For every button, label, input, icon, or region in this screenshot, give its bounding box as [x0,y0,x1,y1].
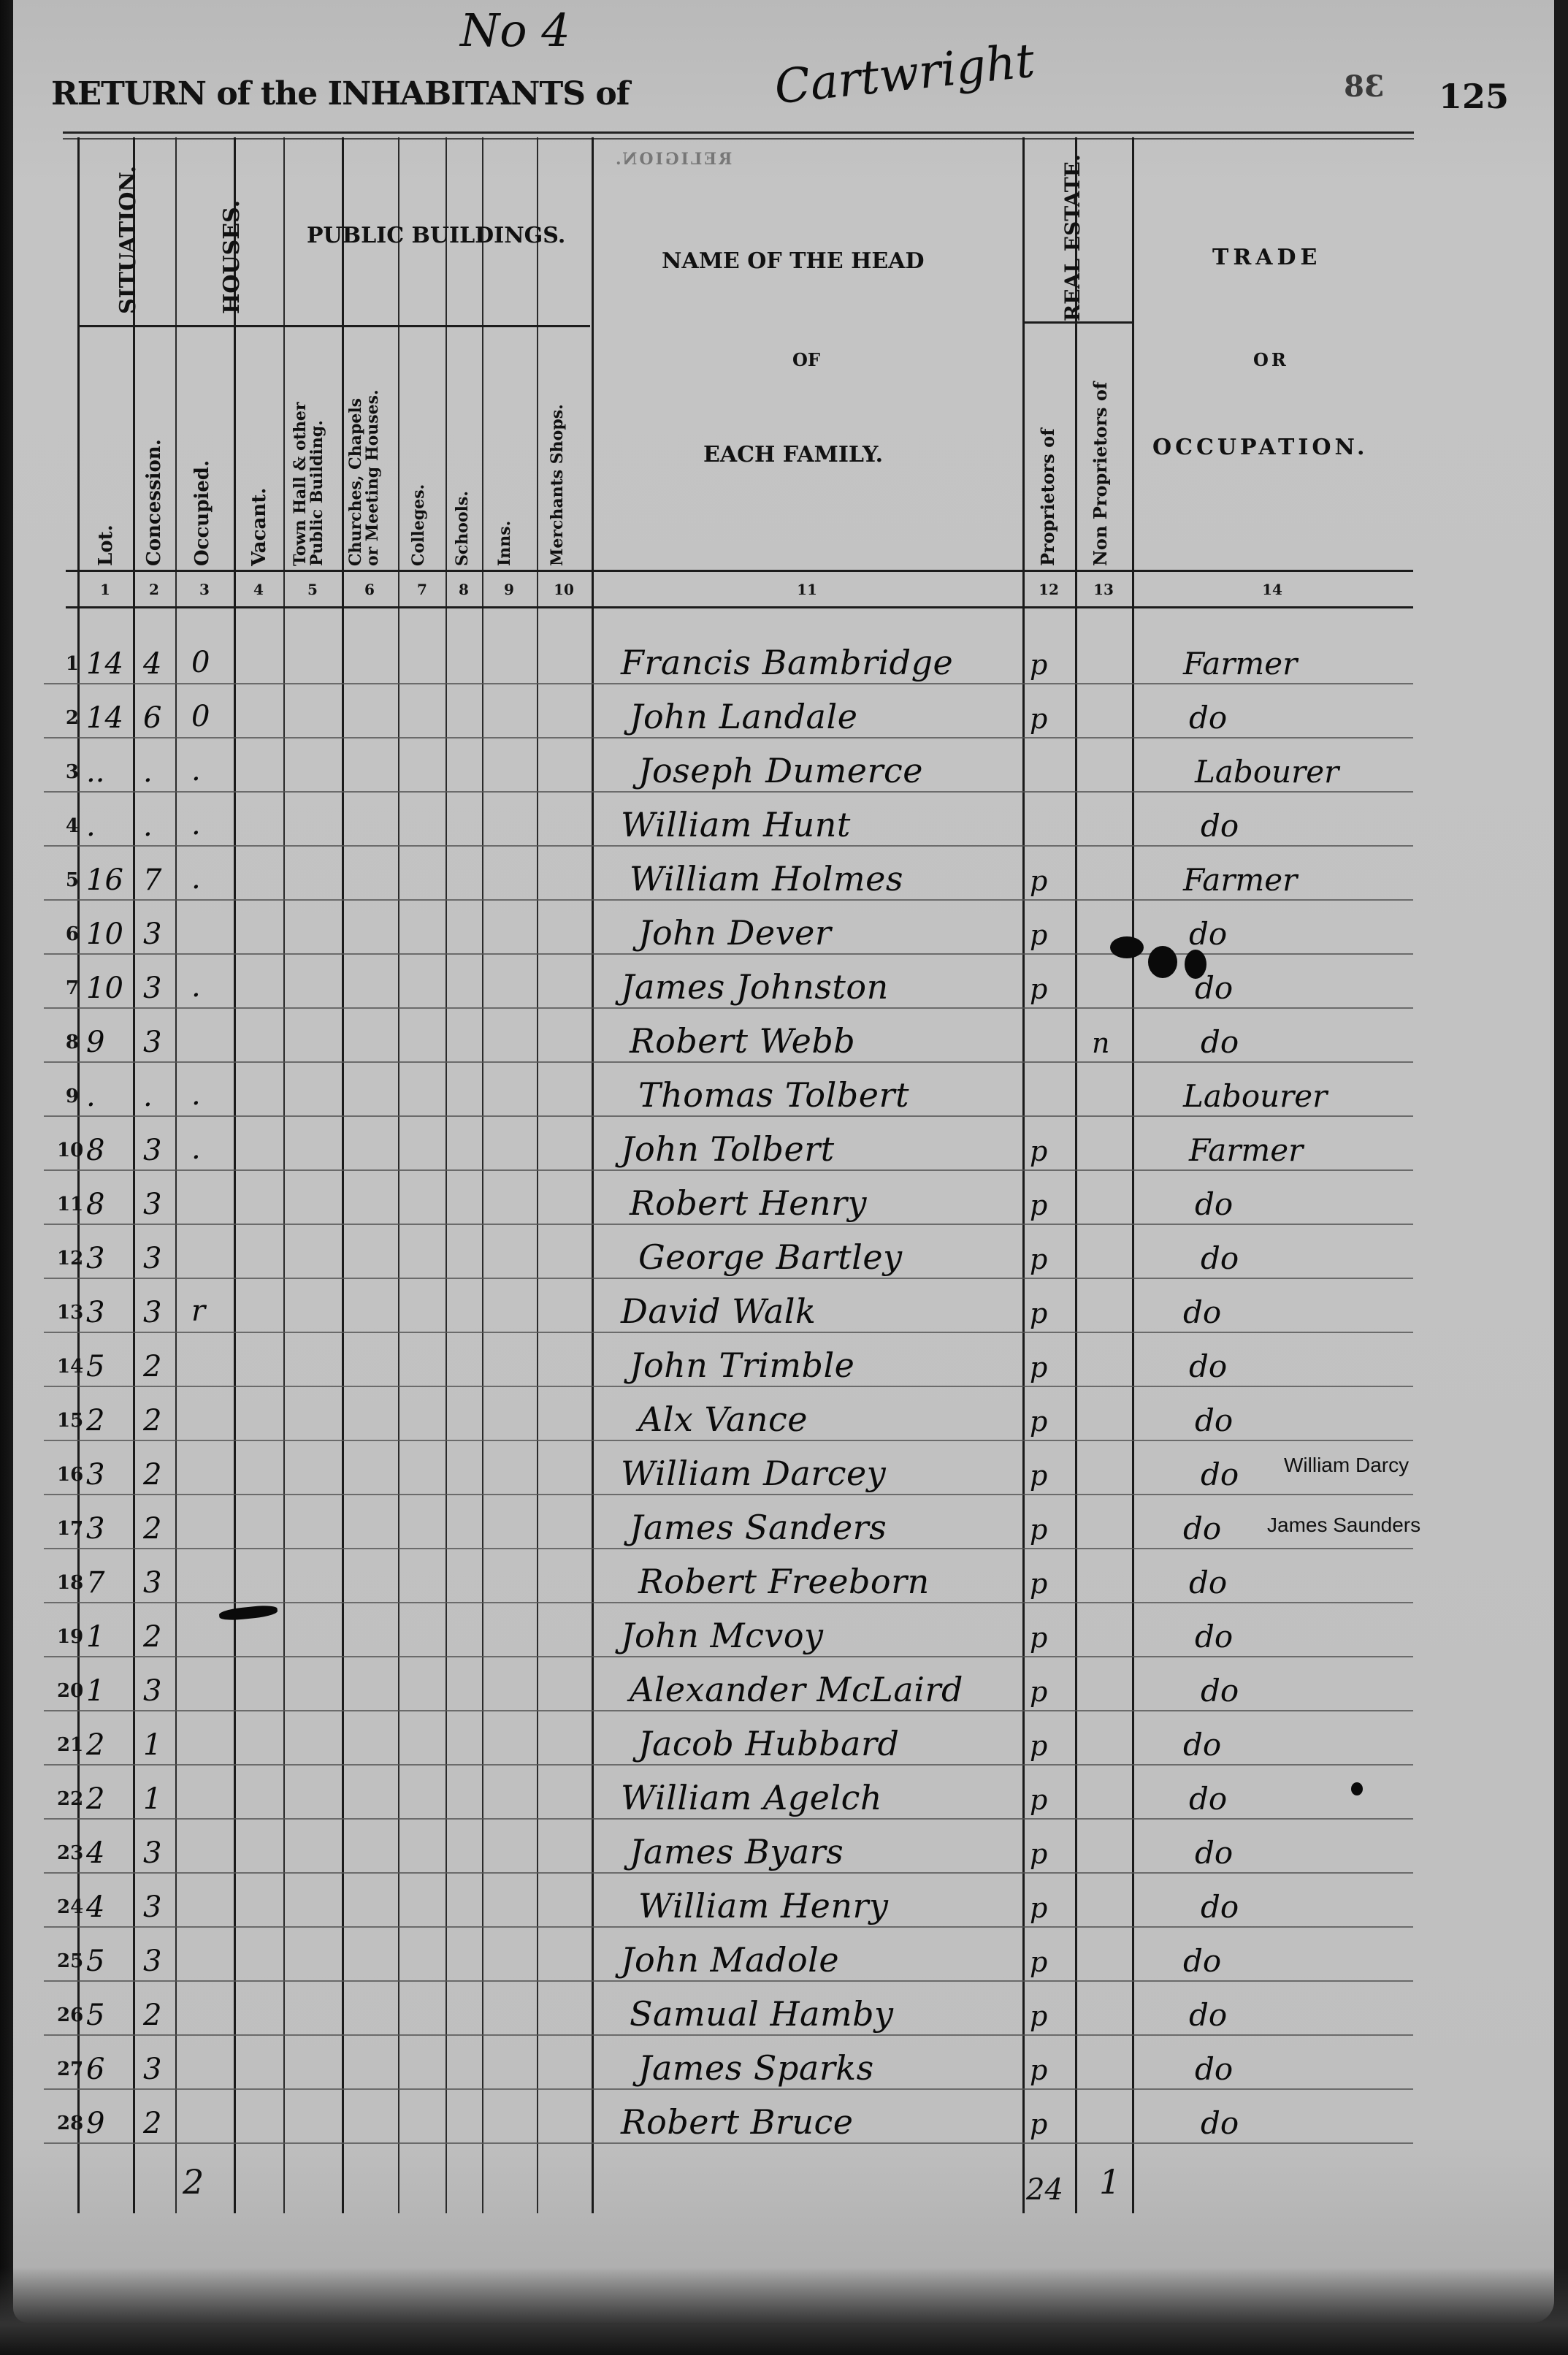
row-number: 17 [57,1518,79,1540]
concession-value: 2 [143,1512,161,1546]
annotation-william-darcy: William Darcy [1284,1454,1409,1477]
concession-value: 3 [143,1566,161,1600]
subheader-1: Lot. [95,524,117,566]
concession-value: 3 [143,1188,161,1221]
concession-value: 2 [143,1350,161,1383]
head-of-family-name: Jacob Hubbard [638,1724,899,1763]
subheader-6: Churches, Chapels or Meeting Houses. [348,376,381,566]
head-of-family-name: George Bartley [638,1237,903,1277]
column-number-13: 13 [1089,581,1118,598]
faded-page-number: 38 [1344,69,1385,104]
column-number-2: 2 [139,581,169,598]
subheader-5: Town Hall & other Public Building. [292,376,326,566]
proprietor-mark: p [1030,2108,1047,2140]
lot-value: 9 [86,1026,104,1059]
proprietor-mark: p [1030,1189,1047,1221]
subheader-13: Non Proprietors of [1090,382,1111,566]
concession-value: 2 [143,1999,161,2032]
proprietor-mark: p [1030,2000,1047,2032]
head-of-family-name: Robert Webb [630,1021,855,1061]
occupied-value: 0 [191,646,210,679]
row-number: 19 [57,1626,79,1648]
row-number: 14 [57,1356,79,1378]
head-of-family-name: William Henry [638,1886,888,1925]
concession-value: 3 [143,1674,161,1708]
column-number-14: 14 [1258,581,1287,598]
lot-value: . [86,809,96,843]
column-number-12: 12 [1034,581,1063,598]
concession-value: 3 [143,1944,161,1978]
concession-value: . [143,1080,153,1113]
title-row: No 4 RETURN of the INHABITANTS of Cartwr… [51,69,1439,121]
ink-dot [1351,1782,1363,1795]
row-number: 15 [57,1410,79,1432]
row-divider [66,570,1413,572]
occupation-value: do [1201,1889,1239,1925]
lot-value: 8 [86,1188,104,1221]
header-trade-line3: OCCUPATION. [1152,435,1369,460]
ink-blot [1148,946,1177,978]
row-number: 27 [57,2058,79,2080]
row-number: 11 [57,1194,79,1215]
row-number: 10 [57,1140,79,1161]
lot-value: 2 [86,1728,104,1762]
head-of-family-name: James Sanders [630,1508,887,1547]
header-trade-line1: TRADE [1212,245,1321,270]
proprietor-mark: p [1030,1892,1047,1924]
row-divider [66,606,1413,608]
head-of-family-name: James Johnston [621,967,889,1007]
head-of-family-name: John Mcvoy [621,1616,824,1655]
scan-bottom-edge-shadow [0,2267,1568,2355]
subheader-9: Inns. [495,521,514,566]
concession-value: . [143,755,153,789]
lot-value: .. [86,755,104,789]
head-of-family-name: James Sparks [638,2048,874,2088]
head-of-family-name: John Madole [621,1940,839,1980]
proprietor-mark: p [1030,1405,1047,1438]
row-number: 4 [57,815,79,837]
occupation-value: Farmer [1183,862,1297,898]
lot-value: 3 [86,1242,104,1275]
head-of-family-name: Robert Bruce [621,2102,854,2142]
occupation-value: do [1183,1294,1221,1330]
lot-value: 8 [86,1134,104,1167]
row-number: 23 [57,1842,79,1864]
concession-value: 3 [143,1296,161,1329]
lot-value: 2 [86,1782,104,1816]
row-number: 2 [57,707,79,729]
lot-value: 16 [86,863,123,897]
occupation-value: do [1189,1565,1227,1600]
header-situation: SITUATION. [115,166,141,314]
row-number: 28 [57,2112,79,2134]
proprietor-mark: p [1030,919,1047,951]
column-number-6: 6 [355,581,384,598]
proprietor-mark: p [1030,2054,1047,2086]
header-houses: HOUSES. [219,200,245,314]
concession-value: 3 [143,1026,161,1059]
column-number-8: 8 [449,581,478,598]
head-of-family-name: John Trimble [630,1346,854,1385]
header-name-line3: EACH FAMILY. [703,442,883,467]
concession-value: 3 [143,1242,161,1275]
total-proprietors: 24 [1026,2173,1063,2207]
head-of-family-name: James Byars [630,1832,844,1871]
occupation-value: do [1189,1781,1227,1817]
row-number: 12 [57,1248,79,1270]
lot-value: 14 [86,647,123,681]
annotation-james-saunders: James Saunders [1267,1514,1420,1537]
total-occupied: 2 [183,2162,204,2202]
occupied-value: . [191,862,201,896]
occupied-value: . [191,808,201,841]
header-religion-bleedthrough: RELIGION. [613,150,732,169]
row-divider [1022,321,1132,324]
concession-value: 1 [143,1728,161,1762]
row-number: 22 [57,1788,79,1810]
head-of-family-name: William Agelch [621,1778,882,1817]
subheader-2: Concession. [143,439,165,566]
row-number: 9 [57,1085,79,1107]
concession-value: 3 [143,972,161,1005]
head-of-family-name: Samual Hamby [630,1994,894,2034]
occupation-value: do [1183,1511,1221,1546]
non-proprietor-mark: n [1092,1027,1109,1059]
occupation-value: do [1189,700,1227,736]
proprietor-mark: p [1030,1351,1047,1383]
lot-value: . [86,1080,96,1113]
header-real-estate: REAL ESTATE. [1060,154,1085,321]
total-non-proprietors: 1 [1099,2162,1120,2202]
row-number: 13 [57,1302,79,1324]
header-top-rule [63,131,1414,140]
column-number-4: 4 [244,581,273,598]
occupied-value: . [191,1132,201,1166]
concession-value: 2 [143,1404,161,1438]
lot-value: 4 [86,1890,104,1924]
concession-value: 7 [143,863,161,897]
occupation-value: do [1189,1997,1227,2033]
lot-value: 2 [86,1404,104,1438]
concession-value: 2 [143,1458,161,1492]
occupied-value: . [191,970,201,1004]
head-of-family-name: Alx Vance [638,1400,808,1439]
occupation-value: Farmer [1183,646,1297,682]
occupation-value: do [1195,1186,1233,1222]
row-number: 3 [57,761,79,783]
page-number: 125 [1439,77,1509,116]
head-of-family-name: William Darcey [621,1454,886,1493]
proprietor-mark: p [1030,1622,1047,1654]
proprietor-mark: p [1030,1135,1047,1167]
row-number: 25 [57,1950,79,1972]
proprietor-mark: p [1030,973,1047,1005]
proprietor-mark: p [1030,703,1047,735]
lot-value: 5 [86,1350,104,1383]
column-number-10: 10 [549,581,578,598]
lot-value: 5 [86,1944,104,1978]
occupied-value: . [191,1078,201,1112]
proprietor-mark: p [1030,1243,1047,1275]
occupation-value: Farmer [1189,1132,1303,1168]
subheader-12: Proprietors of [1037,429,1058,566]
concession-value: 4 [143,647,161,681]
row-divider [77,325,283,327]
concession-value: . [143,809,153,843]
row-number: 18 [57,1572,79,1594]
lot-value: 3 [86,1458,104,1492]
head-of-family-name: Thomas Tolbert [638,1075,909,1115]
occupation-value: do [1201,1024,1239,1060]
header-name-line1: NAME OF THE HEAD [662,248,925,274]
occupation-value: Labourer [1183,1078,1327,1114]
lot-value: 7 [86,1566,104,1600]
concession-value: 3 [143,917,161,951]
concession-value: 3 [143,1134,161,1167]
row-number: 7 [57,977,79,999]
occupation-value: do [1201,1240,1239,1276]
head-of-family-name: William Hunt [621,805,851,844]
head-of-family-name: Joseph Dumerce [638,751,923,790]
lot-value: 1 [86,1620,104,1654]
proprietor-mark: p [1030,1946,1047,1978]
proprietor-mark: p [1030,1676,1047,1708]
head-of-family-name: John Landale [630,697,857,736]
subheader-3: Occupied. [191,460,213,566]
column-number-7: 7 [408,581,437,598]
lot-value: 1 [86,1674,104,1708]
occupation-value: do [1201,2105,1239,2141]
occupation-value: do [1201,808,1239,844]
occupation-value: do [1195,1619,1233,1654]
lot-value: 10 [86,972,123,1005]
column-number-3: 3 [190,581,219,598]
subheader-8: Schools. [453,491,472,566]
concession-value: 3 [143,2053,161,2086]
lot-value: 6 [86,2053,104,2086]
ink-blot [1110,936,1144,958]
row-divider [283,325,590,327]
concession-value: 3 [143,1836,161,1870]
proprietor-mark: p [1030,1514,1047,1546]
column-number-9: 9 [494,581,524,598]
occupied-value: . [191,754,201,787]
column-number-11: 11 [792,581,822,598]
occupation-value: do [1183,1727,1221,1763]
row-number: 24 [57,1896,79,1918]
ink-blot [1185,950,1206,979]
row-number: 6 [57,923,79,945]
column-number-5: 5 [298,581,327,598]
row-number: 26 [57,2004,79,2026]
lot-value: 3 [86,1512,104,1546]
head-of-family-name: John Tolbert [621,1129,835,1169]
occupation-value: Labourer [1195,754,1339,790]
lot-value: 3 [86,1296,104,1329]
page-label: No 4 [460,4,570,57]
concession-value: 1 [143,1782,161,1816]
lot-value: 9 [86,2107,104,2140]
head-of-family-name: William Holmes [630,859,903,898]
proprietor-mark: p [1030,649,1047,681]
head-of-family-name: John Dever [638,913,831,953]
proprietor-mark: p [1030,1297,1047,1329]
subheader-7: Colleges. [409,484,428,566]
occupied-value: r [191,1294,205,1328]
head-of-family-name: David Walk [621,1291,816,1331]
row-number: 21 [57,1734,79,1756]
head-of-family-name: Robert Henry [630,1183,867,1223]
row-number: 8 [57,1031,79,1053]
head-of-family-name: Robert Freeborn [638,1562,930,1601]
occupation-value: do [1201,1457,1239,1492]
proprietor-mark: p [1030,1784,1047,1816]
lot-value: 10 [86,917,123,951]
occupation-value: do [1201,1673,1239,1709]
concession-value: 2 [143,1620,161,1654]
proprietor-mark: p [1030,1730,1047,1762]
subheader-4: Vacant. [248,488,270,566]
row-number: 1 [57,653,79,675]
occupation-value: do [1195,2051,1233,2087]
header-trade-line2: OR [1253,349,1289,370]
proprietor-mark: p [1030,1459,1047,1492]
subheader-10: Merchants Shops. [548,404,567,566]
row-number: 16 [57,1464,79,1486]
column-number-1: 1 [91,581,120,598]
proprietor-mark: p [1030,1568,1047,1600]
concession-value: 2 [143,2107,161,2140]
occupation-value: do [1183,1943,1221,1979]
occupied-value: 0 [191,700,210,733]
occupation-value: do [1195,1402,1233,1438]
lot-value: 4 [86,1836,104,1870]
occupation-value: do [1189,916,1227,952]
lot-value: 5 [86,1999,104,2032]
header-name-line2: OF [792,349,820,370]
title-printed: RETURN of the INHABITANTS of [51,75,630,112]
row-number: 20 [57,1680,79,1702]
occupation-value: do [1195,1835,1233,1871]
occupation-value: do [1189,1348,1227,1384]
proprietor-mark: p [1030,1838,1047,1870]
concession-value: 3 [143,1890,161,1924]
header-public-buildings: PUBLIC BUILDINGS. [307,223,565,248]
proprietor-mark: p [1030,865,1047,897]
head-of-family-name: Francis Bambridge [621,643,953,682]
head-of-family-name: Alexander McLaird [630,1670,963,1709]
concession-value: 6 [143,701,161,735]
lot-value: 14 [86,701,123,735]
row-number: 5 [57,869,79,891]
